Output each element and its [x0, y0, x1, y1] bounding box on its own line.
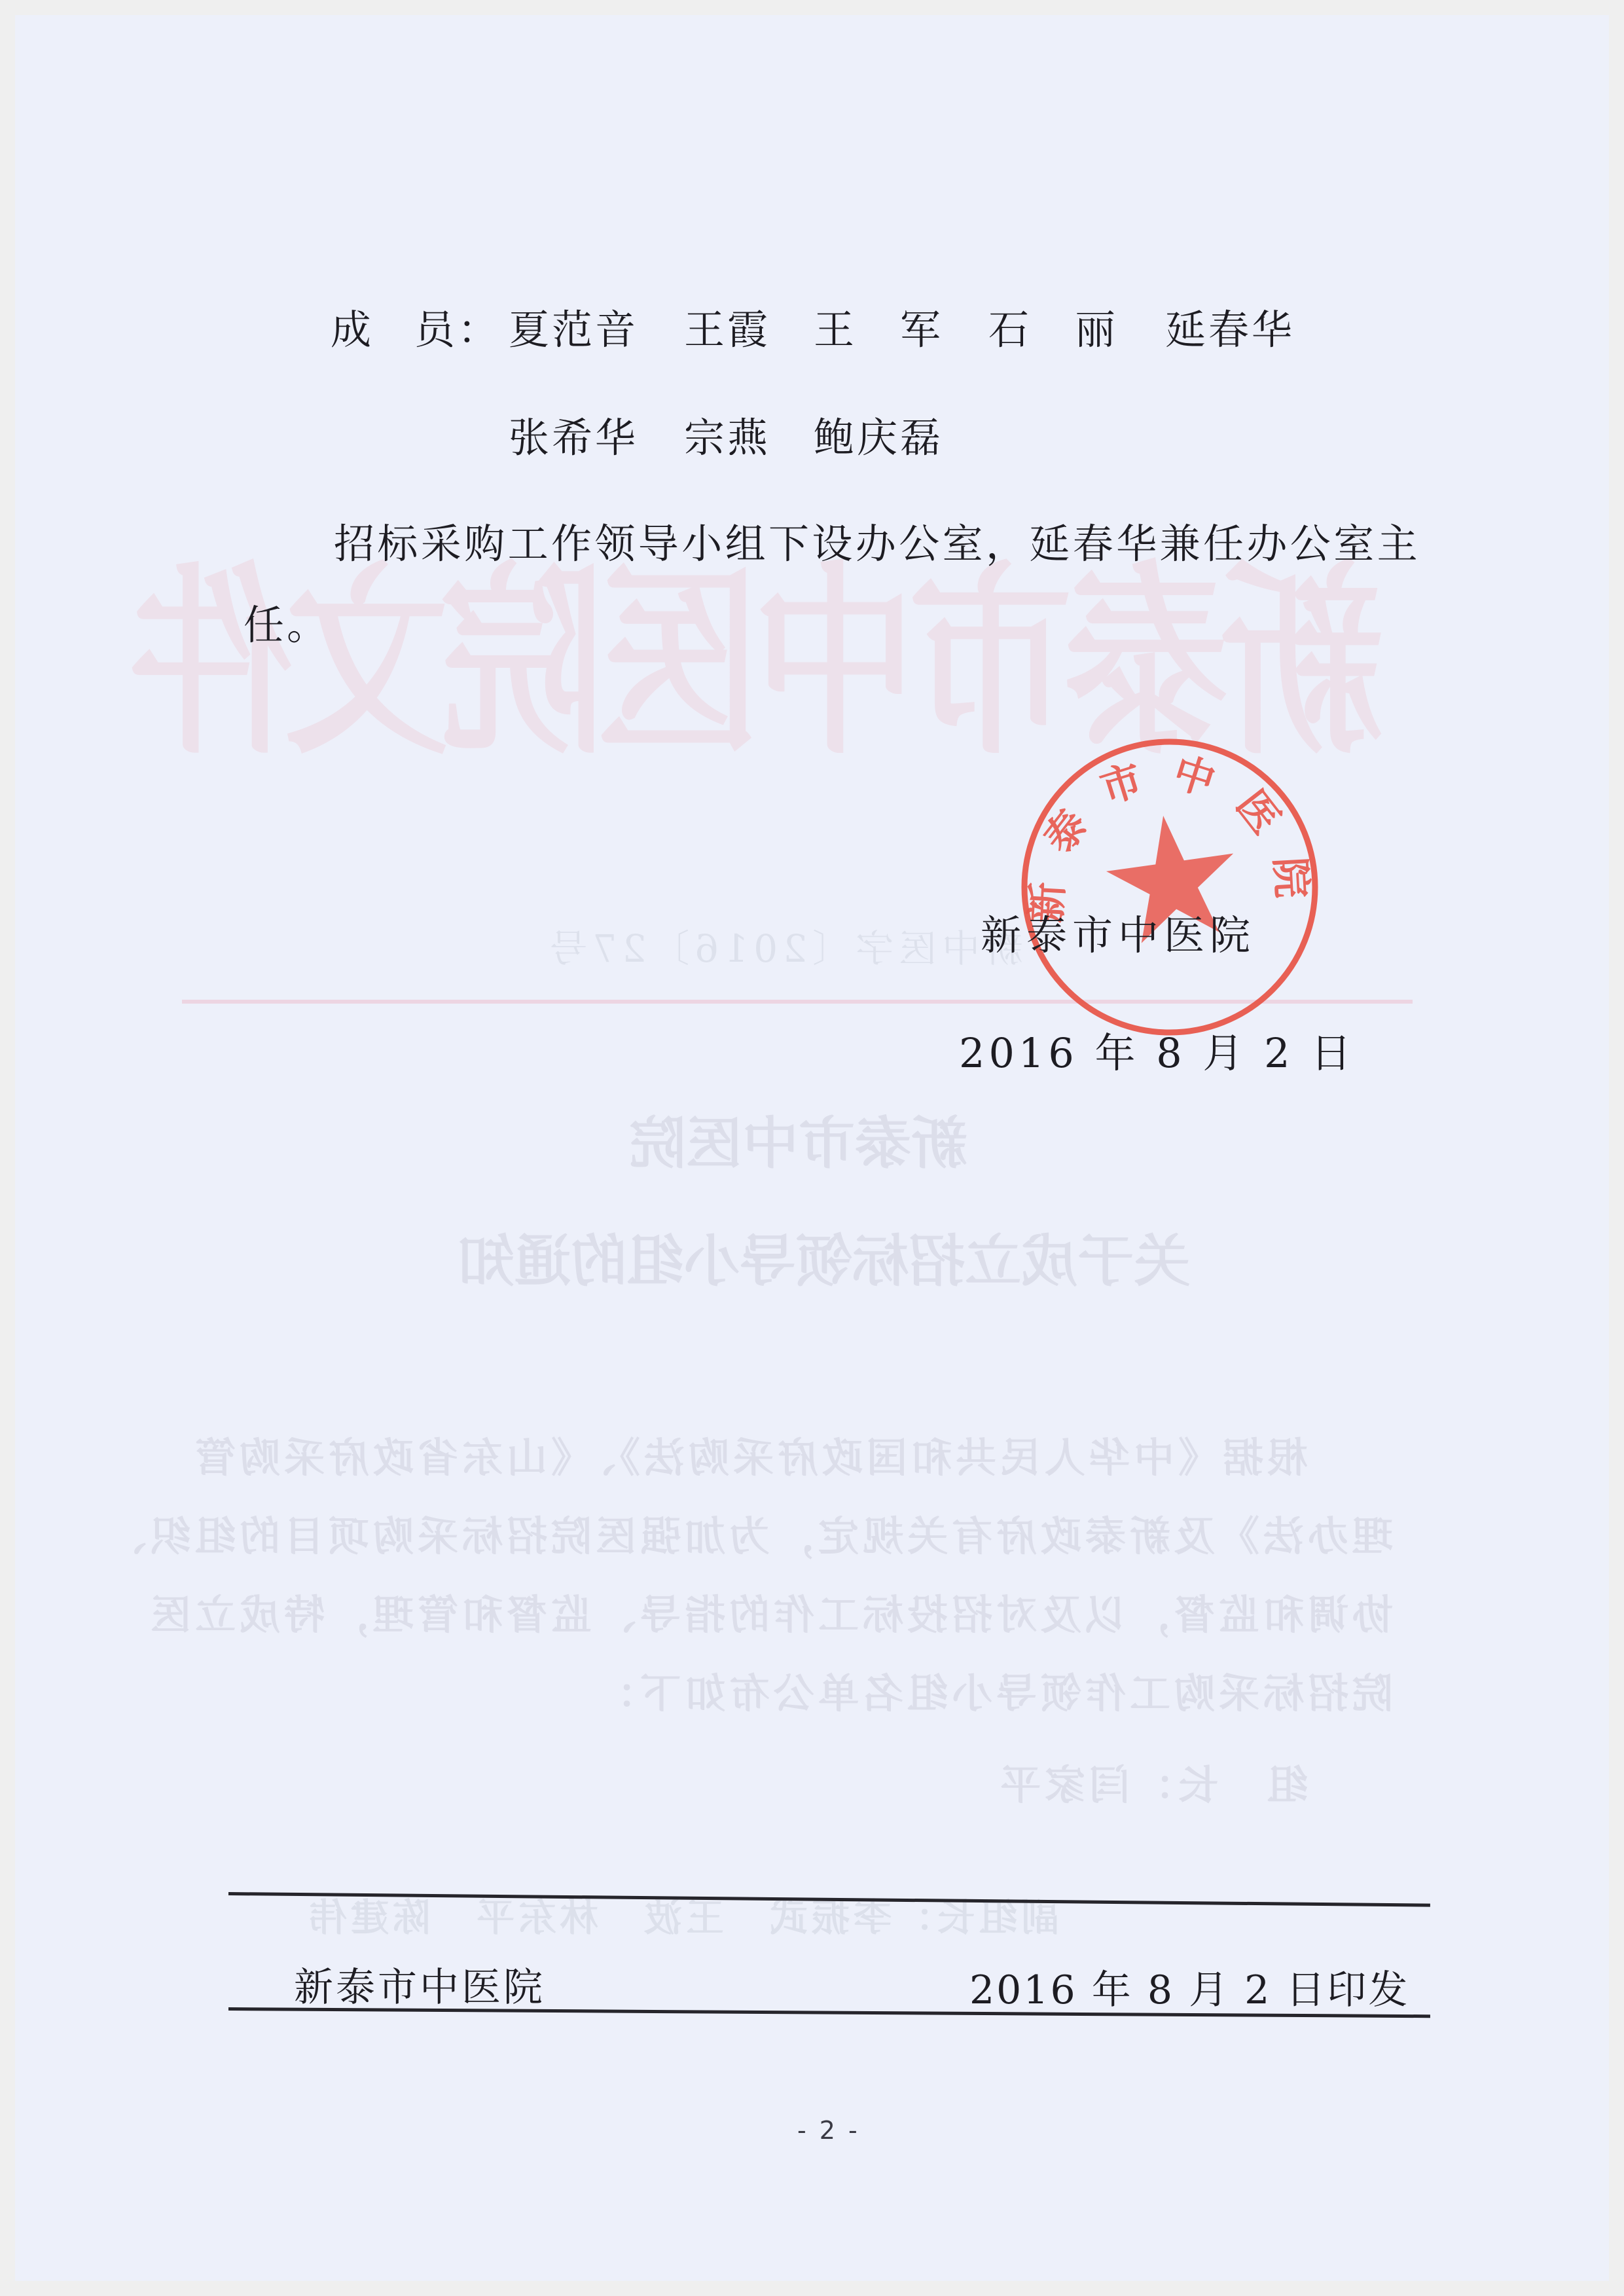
member-name: 延春华	[1165, 310, 1295, 350]
member-name: 石 丽	[988, 310, 1118, 350]
member-name: 张希华	[509, 418, 638, 458]
document-page	[15, 15, 1609, 2281]
member-name: 王霞	[684, 310, 770, 350]
members-label: 成员：	[331, 310, 501, 350]
signature-date: 2016 年 8 月 2 日	[959, 1033, 1355, 1074]
seal-graphic: 新泰市中医院	[1020, 738, 1319, 1036]
page-number: - 2 -	[797, 2116, 860, 2145]
members-label-char-2: 员：	[414, 306, 501, 354]
paragraph-line-2: 任。	[244, 605, 330, 646]
members-label-char-1: 成	[331, 306, 374, 354]
footer-issue-date: 2016 年 8 月 2 日印发	[969, 1971, 1409, 2010]
member-name: 夏范音	[509, 310, 638, 350]
member-name: 王 军	[814, 310, 943, 350]
signature-organization: 新泰市中医院	[981, 915, 1255, 956]
member-name: 鲍庆磊	[814, 418, 943, 458]
footer-issuer: 新泰市中医院	[294, 1968, 545, 2007]
member-name: 宗燕	[684, 418, 770, 458]
official-seal: 新泰市中医院	[1020, 738, 1319, 1036]
paragraph-line-1: 招标采购工作领导小组下设办公室，延春华兼任办公室主	[334, 524, 1420, 564]
